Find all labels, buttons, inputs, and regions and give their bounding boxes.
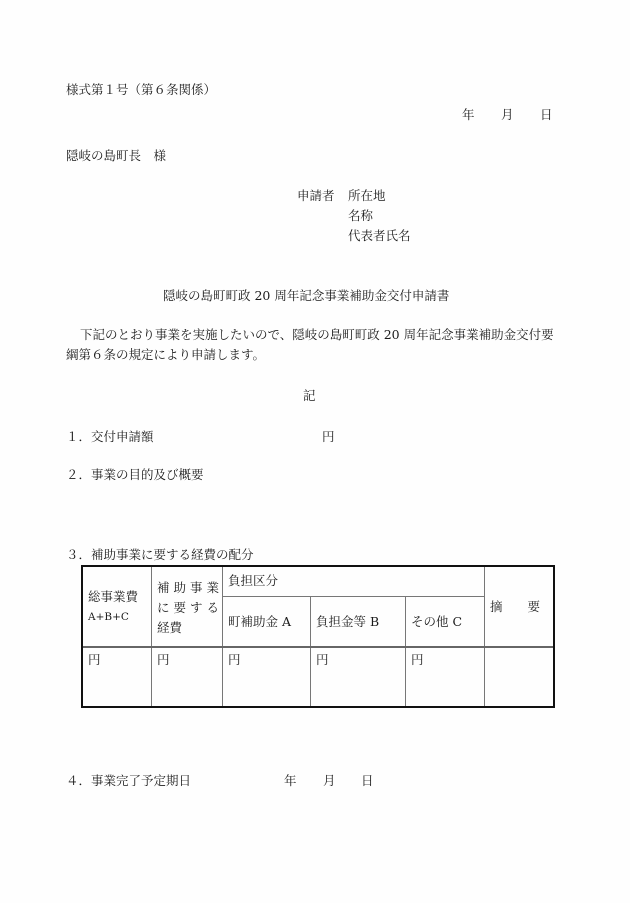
- item3-label: ３．補助事業に要する経費の配分: [66, 549, 254, 562]
- col-divider: [405, 596, 406, 706]
- date-day-label: 日: [540, 109, 553, 122]
- document-title: 隠岐の島町町政 20 周年記念事業補助金交付申請書: [163, 290, 449, 303]
- header-burden: 負担区分: [228, 575, 278, 588]
- header-divider: [83, 646, 553, 648]
- cell-required-unit: 円: [157, 654, 170, 667]
- cell-other-unit: 円: [411, 654, 424, 667]
- cell-total-unit: 円: [88, 654, 101, 667]
- header-required-line3: 経費: [157, 622, 182, 635]
- item4-label: ４．事業完了予定期日: [66, 775, 191, 788]
- header-required-line2: に要する: [157, 602, 223, 615]
- body-line-1: 下記のとおり事業を実施したいので、隠岐の島町町政 20 周年記念事業補助金交付要: [80, 329, 554, 342]
- header-total-formula: A+B+C: [88, 612, 129, 623]
- col-divider: [310, 596, 311, 706]
- header-contribution: 負担金等 B: [316, 616, 379, 629]
- ki-heading: 記: [303, 390, 316, 403]
- date-year-label: 年: [462, 109, 475, 122]
- row-divider: [222, 596, 484, 597]
- header-town-subsidy: 町補助金 A: [228, 616, 291, 629]
- cell-town-subsidy-unit: 円: [228, 654, 241, 667]
- header-other: その他 C: [411, 616, 462, 629]
- applicant-name-label: 名称: [348, 210, 373, 223]
- header-total: 総事業費: [88, 591, 138, 604]
- applicant-label: 申請者: [297, 190, 335, 203]
- cell-contribution-unit: 円: [316, 654, 329, 667]
- form-number: 様式第１号（第６条関係）: [66, 84, 216, 97]
- header-remarks: 摘 要: [490, 601, 540, 614]
- header-required-line1: 補助事業: [157, 582, 223, 595]
- body-line-2: 綱第６条の規定により申請します。: [66, 349, 265, 362]
- item2-label: ２．事業の目的及び概要: [66, 469, 204, 482]
- item4-year-label: 年: [284, 775, 297, 788]
- date-month-label: 月: [501, 109, 514, 122]
- col-divider: [151, 567, 152, 706]
- item4-month-label: 月: [323, 775, 336, 788]
- col-divider: [484, 567, 485, 706]
- item1-unit: 円: [322, 431, 335, 444]
- applicant-address-label: 所在地: [348, 190, 386, 203]
- item4-day-label: 日: [361, 775, 374, 788]
- item1-label: １．交付申請額: [66, 431, 154, 444]
- addressee: 隠岐の島町長 様: [66, 150, 166, 163]
- expense-allocation-table: 総事業費 A+B+C 補助事業 に要する 経費 負担区分 町補助金 A 負担金等…: [81, 565, 555, 708]
- applicant-representative-label: 代表者氏名: [348, 230, 411, 243]
